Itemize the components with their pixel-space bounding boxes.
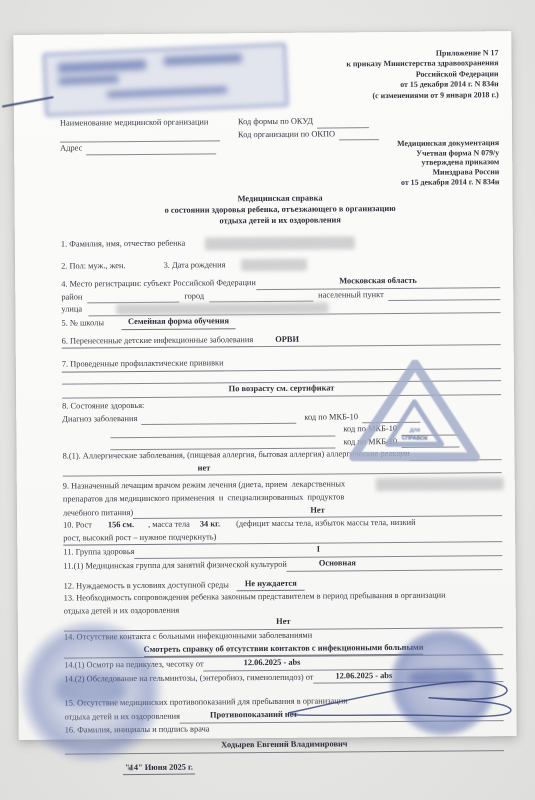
settlement-line bbox=[389, 290, 501, 302]
field-14-1-value: 12.06.2025 - abs bbox=[244, 657, 301, 670]
mass-label: , масса тела bbox=[148, 519, 190, 532]
okpo-label: Код организации по ОКПО bbox=[238, 128, 335, 141]
form-content: Приложение N 17 к приказу Министерства з… bbox=[59, 43, 504, 776]
field-9-value: Нет bbox=[310, 504, 324, 517]
redacted-street bbox=[116, 302, 328, 315]
org-address-blank-line bbox=[86, 143, 216, 155]
field-11-1-value: Основная bbox=[319, 557, 356, 570]
okud-blank-line bbox=[317, 117, 369, 128]
field-doctor: 16. Фамилия, инициалы и подпись врача bbox=[65, 721, 504, 737]
allergies-line: нет bbox=[63, 460, 502, 477]
okpo-blank-line bbox=[339, 129, 379, 140]
appendix-header: Приложение N 17 к приказу Министерства з… bbox=[59, 48, 498, 103]
field-7-label: 7. Проведенные профилактические прививки bbox=[62, 357, 224, 372]
field-3-label: 3. Дата рождения bbox=[164, 259, 226, 272]
street-label: улица bbox=[61, 304, 82, 317]
field-5-value: Семейная форма обучения bbox=[122, 315, 235, 329]
field-13-line2: отдыха детей и их оздоровления bbox=[64, 605, 180, 618]
vaccinations-cert-row: По возрасту см. сертификат bbox=[62, 381, 501, 398]
field-6-line: ОРВИ bbox=[253, 332, 501, 348]
field-6-label: 6. Перенесенные детские инфекционные заб… bbox=[62, 334, 254, 349]
field-child-name: 1. Фамилия, имя, отчество ребенка bbox=[61, 235, 500, 251]
mkb-label: код по МКБ-10 bbox=[343, 423, 397, 436]
field-school: 5. № школы Семейная форма обучения bbox=[61, 313, 500, 330]
redacted-child-name bbox=[205, 236, 355, 250]
field-8-1-line bbox=[410, 449, 502, 461]
city-label: город bbox=[184, 290, 204, 303]
field-14-2-value: 12.06.2025 - abs bbox=[335, 670, 392, 683]
field-10-label: 10. Рост bbox=[63, 520, 92, 533]
pen-stroke bbox=[2, 96, 54, 107]
date-value: "14" Июня 2025 г. bbox=[123, 761, 195, 775]
settlement-label: населенный пункт bbox=[318, 289, 384, 302]
field-8-label: 8. Состояние здоровья: bbox=[62, 400, 144, 413]
height-value: 156 см. bbox=[108, 519, 134, 532]
mkb-label: код по МКБ-10 bbox=[304, 411, 358, 424]
field-15-value: Противопоказаний нет bbox=[210, 709, 298, 722]
cert-line: По возрасту см. сертификат bbox=[62, 381, 501, 398]
org-right-column: Код формы по ОКУД Код организации по ОКП… bbox=[238, 114, 500, 188]
field-6-value: ОРВИ bbox=[275, 333, 299, 346]
field-sex-birthdate: 2. Пол: муж., жен. 3. Дата рождения bbox=[61, 257, 500, 273]
mkb-line bbox=[401, 424, 459, 435]
field-14-2-line: 12.06.2025 - abs bbox=[313, 669, 503, 684]
photo-scene: Приложение N 17 к приказу Министерства з… bbox=[0, 0, 535, 800]
field-9-line3: лечебного питания) bbox=[63, 507, 133, 520]
field-5-label: 5. № школы bbox=[61, 317, 104, 330]
doctor-name-line: Ходырев Евгений Владимирович bbox=[65, 737, 504, 754]
mkb-label: код по МКБ-10 bbox=[343, 436, 397, 449]
redacted-birthdate bbox=[241, 259, 307, 272]
document-title: Медицинская справка о состоянии здоровья… bbox=[61, 192, 500, 228]
field-13-value: Нет bbox=[276, 616, 290, 629]
field-10-note2: рост, высокий рост – нужное подчеркнуть) bbox=[63, 531, 216, 546]
mass-value: 34 кг. bbox=[200, 519, 220, 532]
field-14-2-label: 14.(2) Обследование на гельминтозы, (энт… bbox=[64, 671, 313, 686]
doctor-name-row: Ходырев Евгений Владимирович bbox=[65, 737, 504, 754]
field-11-1-line: Основная bbox=[287, 556, 503, 571]
okud-label: Код формы по ОКУД bbox=[238, 116, 313, 129]
field-helminths: 14.(2) Обследование на гельминтозы, (энт… bbox=[64, 669, 503, 686]
field-infections: 6. Перенесенные детские инфекционные заб… bbox=[62, 332, 501, 349]
field-8-1-value: нет bbox=[198, 462, 211, 475]
field-4-value: Московская область bbox=[339, 275, 417, 288]
field-11-label: 11. Группа здоровья bbox=[63, 546, 134, 559]
field-15-line2: отдыха детей и их оздоровления bbox=[65, 711, 181, 724]
field-1-label: 1. Фамилия, имя, отчество ребенка bbox=[61, 238, 185, 252]
mkb-line bbox=[362, 412, 420, 423]
diagnosis-label: Диагноз заболевания bbox=[62, 413, 137, 426]
field-14-1-label: 14.(1) Осмотр на педикулез, чесотку от bbox=[64, 659, 204, 673]
city-line bbox=[209, 291, 313, 303]
field-7-value: По возрасту см. сертификат bbox=[229, 383, 335, 396]
background-speck bbox=[128, 767, 132, 770]
field-pe-group: 11.(1) Медицинская группа для занятий фи… bbox=[63, 556, 502, 573]
field-14-value: Смотреть справку об отсутствии контактов… bbox=[144, 641, 424, 657]
appendix-line: (с изменениями от 9 января 2018 г.) bbox=[60, 90, 499, 104]
field-16-label: 16. Фамилия, инициалы и подпись врача bbox=[65, 723, 210, 737]
field-11-1-label: 11.(1) Медицинская группа для занятий фи… bbox=[63, 559, 287, 573]
docinfo-line: от 15 декабря 2014 г. N 834н bbox=[238, 177, 499, 189]
field-12-value: Не нуждается bbox=[237, 577, 305, 591]
org-name-label: Наименование медицинской организации bbox=[60, 116, 209, 130]
mkb-line bbox=[401, 437, 459, 448]
allergies-value-row: нет bbox=[63, 460, 502, 477]
title-line: отдыха детей и их оздоровления bbox=[61, 214, 500, 228]
field-2-label: 2. Пол: муж., жен. bbox=[61, 260, 126, 273]
org-block: Наименование медицинской организации Адр… bbox=[60, 114, 500, 190]
district-line bbox=[87, 292, 179, 304]
document-paper: Приложение N 17 к приказу Министерства з… bbox=[13, 31, 517, 740]
org-address-label: Адрес bbox=[60, 143, 82, 156]
field-16-value: Ходырев Евгений Владимирович bbox=[221, 739, 347, 753]
field-11-value: I bbox=[317, 544, 320, 557]
org-left-column: Наименование медицинской организации Адр… bbox=[60, 116, 239, 190]
district-label: район bbox=[61, 291, 82, 304]
docinfo-block: Медицинская документация Учетная форма N… bbox=[238, 138, 499, 188]
